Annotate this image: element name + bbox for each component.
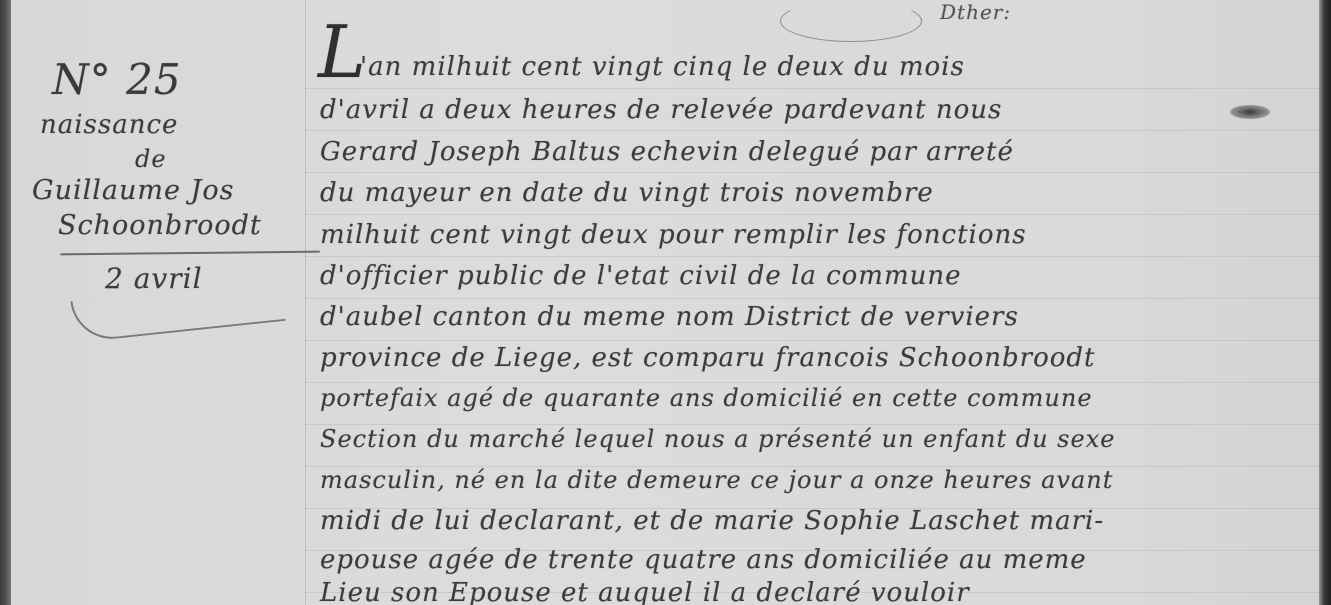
child-surname: Schoonbroodt — [58, 210, 262, 241]
ruled-line — [305, 298, 1319, 299]
header-flourish — [780, 0, 922, 42]
ruled-line — [305, 256, 1319, 257]
body-line: Gerard Joseph Baltus echevin delegué par… — [320, 137, 1014, 167]
child-given-name: Guillaume Jos — [32, 175, 234, 206]
body-line: epouse agée de trente quatre ans domicil… — [320, 545, 1087, 575]
body-line: d'aubel canton du meme nom District de v… — [320, 302, 1019, 332]
ruled-line — [305, 340, 1319, 341]
body-line: midi de lui declarant, et de marie Sophi… — [320, 506, 1104, 536]
ruled-line — [305, 214, 1319, 215]
record-number: N° 25 — [52, 55, 182, 104]
header-partial-word: Dther: — [940, 0, 1011, 24]
preposition: de — [135, 145, 167, 173]
body-line: Section du marché lequel nous a présenté… — [320, 425, 1115, 453]
book-binding-right — [1319, 0, 1331, 605]
body-line: portefaix agé de quarante ans domicilié … — [320, 384, 1093, 412]
ruled-line — [305, 382, 1319, 383]
ruled-line — [305, 172, 1319, 173]
ruled-line — [305, 130, 1319, 131]
body-line: Lieu son Epouse et auquel il a declaré v… — [320, 578, 970, 605]
document-page: Dther: N° 25 naissance de Guillaume Jos … — [0, 0, 1331, 605]
book-binding-left — [0, 0, 11, 605]
record-type-label: naissance — [40, 110, 178, 140]
body-line: d'avril a deux heures de relevée pardeva… — [320, 95, 1002, 125]
body-line: 'an milhuit cent vingt cinq le deux du m… — [360, 52, 965, 82]
body-line: milhuit cent vingt deux pour remplir les… — [320, 220, 1027, 250]
ink-smudge — [1230, 105, 1270, 119]
margin-divider — [60, 251, 320, 256]
body-line: d'officier public de l'etat civil de la … — [320, 261, 962, 291]
ruled-line — [305, 88, 1319, 89]
body-line: province de Liege, est comparu francois … — [320, 343, 1095, 373]
margin-rule — [305, 0, 306, 605]
body-line: du mayeur en date du vingt trois novembr… — [320, 178, 934, 208]
body-line: masculin, né en la dite demeure ce jour … — [320, 466, 1113, 494]
